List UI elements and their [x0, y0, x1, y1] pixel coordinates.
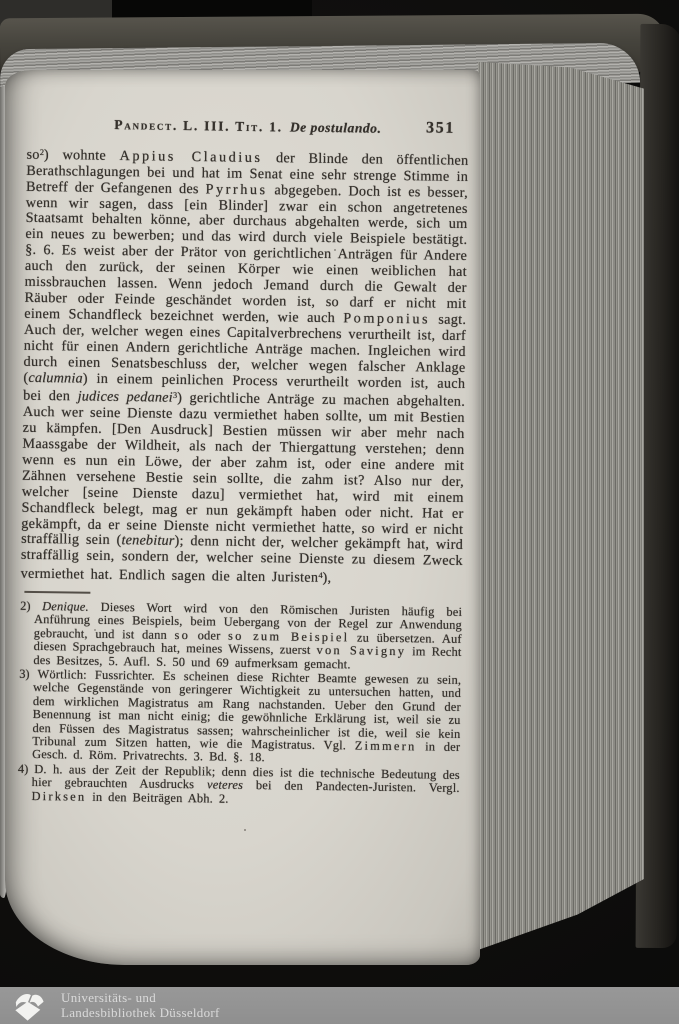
book-page: Pandect. L. III. Tit. 1.De postulando. 3…: [5, 70, 480, 965]
ulb-logo-icon: [8, 990, 50, 1022]
footnote-marker: 2): [20, 599, 42, 613]
library-name-line1: Universitäts- und: [61, 991, 220, 1006]
library-watermark-bar: Universitäts- und Landesbibliothek Düsse…: [0, 987, 679, 1024]
library-name-line2: Landesbibliothek Düsseldorf: [61, 1006, 220, 1021]
footnote: 3) Wörtlich: Fussrichter. Es scheinen di…: [18, 668, 461, 768]
header-series: Pandect. L. III. Tit. 1.: [114, 117, 283, 134]
page-content: Pandect. L. III. Tit. 1.De postulando. 3…: [17, 116, 469, 810]
scanned-book-photo: Pandect. L. III. Tit. 1.De postulando. 3…: [0, 0, 679, 1024]
footnote: 4) D. h. aus der Zeit der Republik; denn…: [17, 763, 460, 809]
page-stack-fore-edge: [478, 62, 644, 950]
header-title: De postulando.: [290, 120, 382, 136]
footnote-separator: [24, 591, 90, 594]
library-name: Universitäts- und Landesbibliothek Düsse…: [61, 991, 220, 1020]
footnote-marker: 3): [19, 667, 37, 681]
footnote: 2) Denique. Dieses Wort wird von den Röm…: [19, 600, 462, 673]
footnotes-block: 2) Denique. Dieses Wort wird von den Röm…: [17, 600, 462, 809]
running-header: Pandect. L. III. Tit. 1.De postulando. 3…: [27, 116, 469, 142]
page-number: 351: [426, 119, 455, 137]
body-paragraph: so2) wohnte Appius Claudius der Blinde d…: [21, 145, 469, 589]
footnote-marker: 4): [18, 762, 35, 776]
